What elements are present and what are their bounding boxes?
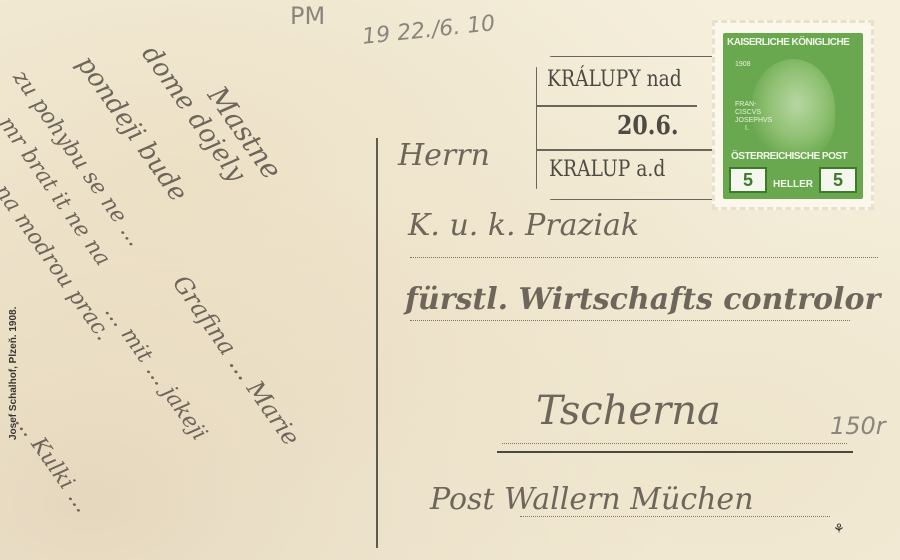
address-salutation: Herrn — [398, 138, 490, 173]
stamp-year: 1908 — [735, 61, 751, 69]
stamp-name-4: I. — [745, 125, 749, 133]
message-block: Mastne dome dojely pondeji bude zu pohyb… — [0, 0, 370, 560]
address-line-2 — [410, 320, 850, 321]
stamp-arc-bottom: ÖSTERREICHISCHE POST — [731, 151, 847, 162]
address-name: K. u. k. Praziak — [408, 208, 639, 243]
postage-stamp: KAISERLICHE KÖNIGLICHE ÖSTERREICHISCHE P… — [712, 20, 874, 210]
postmark-bottom-text: KRALUP a.d — [549, 157, 665, 182]
center-divider — [376, 138, 378, 548]
postmark: KRÁLUPY nad 20.6. KRALUP a.d — [536, 56, 721, 200]
address-town: Tscherna — [536, 388, 721, 434]
stamp-name-1: FRAN- — [735, 101, 756, 109]
postcard-back: PM 19 22./6. 10 Josef Schalhof, Plzeň. 1… — [0, 0, 900, 560]
emperor-portrait-icon — [751, 59, 835, 159]
address-line-4 — [520, 516, 830, 517]
postmark-date: 20.6. — [617, 111, 679, 141]
stamp-name-3: JOSEPHVS — [735, 117, 772, 125]
address-underline — [497, 451, 853, 453]
address-town-note: 150r — [830, 412, 886, 440]
pencil-date: 19 22./6. 10 — [361, 11, 496, 50]
message-line: ... Kulki ... — [10, 410, 96, 517]
stamp-value-right: 5 — [819, 167, 857, 193]
stamp-arc-top: KAISERLICHE KÖNIGLICHE — [727, 37, 849, 48]
stamp-name-2: CISCVS — [735, 109, 761, 117]
stamp-value-left: 5 — [729, 167, 767, 193]
address-post: Post Wallern Müchen — [430, 482, 754, 517]
stamp-face: KAISERLICHE KÖNIGLICHE ÖSTERREICHISCHE P… — [723, 33, 863, 199]
address-title: fürstl. Wirtschafts controlor — [405, 282, 880, 317]
address-line-1 — [410, 257, 878, 258]
stamp-currency: HELLER — [769, 179, 817, 190]
postmark-top-text: KRÁLUPY nad — [547, 67, 682, 92]
address-line-3 — [502, 443, 847, 444]
printer-logo-icon: ⚘ — [833, 522, 845, 537]
